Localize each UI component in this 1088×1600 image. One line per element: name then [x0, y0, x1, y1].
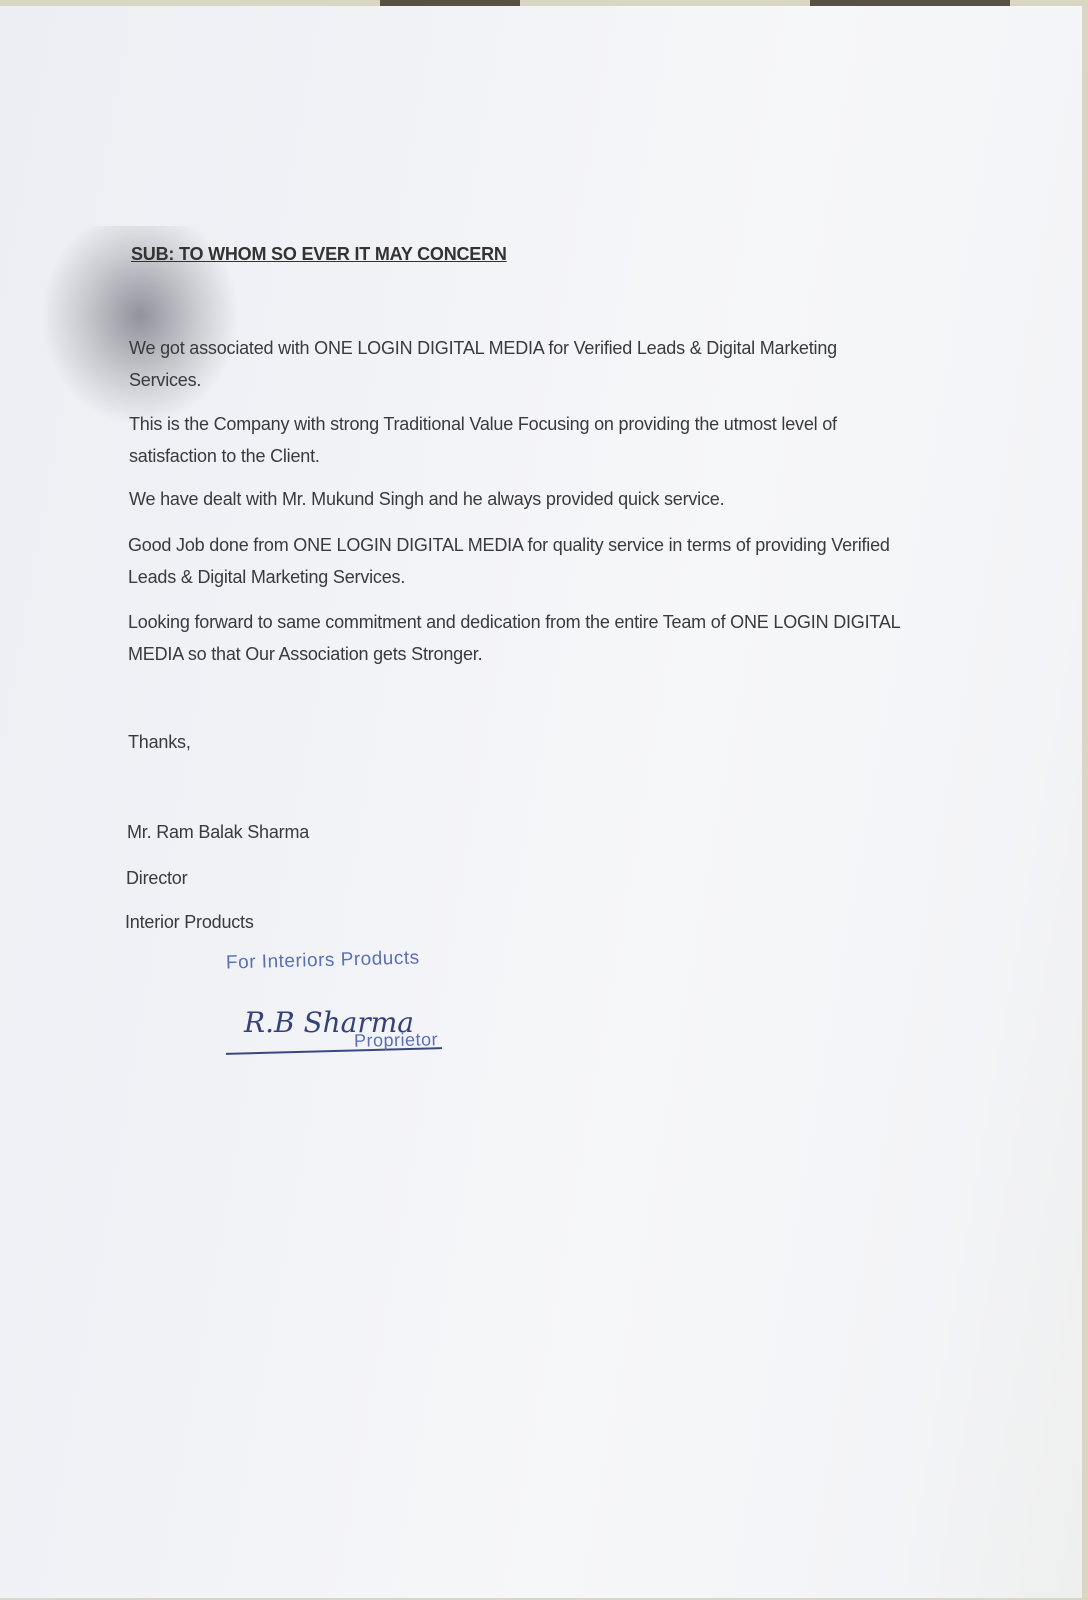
paragraph-2: This is the Company with strong Traditio… — [129, 408, 909, 472]
paragraph-1: We got associated with ONE LOGIN DIGITAL… — [129, 332, 909, 396]
paragraph-5: Looking forward to same commitment and d… — [128, 606, 908, 670]
stamp-role: Proprietor — [354, 1029, 438, 1051]
letter-subject: SUB: TO WHOM SO EVER IT MAY CONCERN — [131, 238, 507, 270]
signatory-company: Interior Products — [125, 906, 254, 938]
signatory-title: Director — [126, 862, 187, 894]
stamp-company: For Interiors Products — [226, 947, 420, 974]
signatory-name: Mr. Ram Balak Sharma — [127, 816, 309, 848]
closing: Thanks, — [128, 726, 191, 758]
paragraph-3: We have dealt with Mr. Mukund Singh and … — [129, 483, 909, 515]
letter-page: SUB: TO WHOM SO EVER IT MAY CONCERN We g… — [0, 6, 1082, 1598]
paragraph-4: Good Job done from ONE LOGIN DIGITAL MED… — [128, 529, 908, 593]
